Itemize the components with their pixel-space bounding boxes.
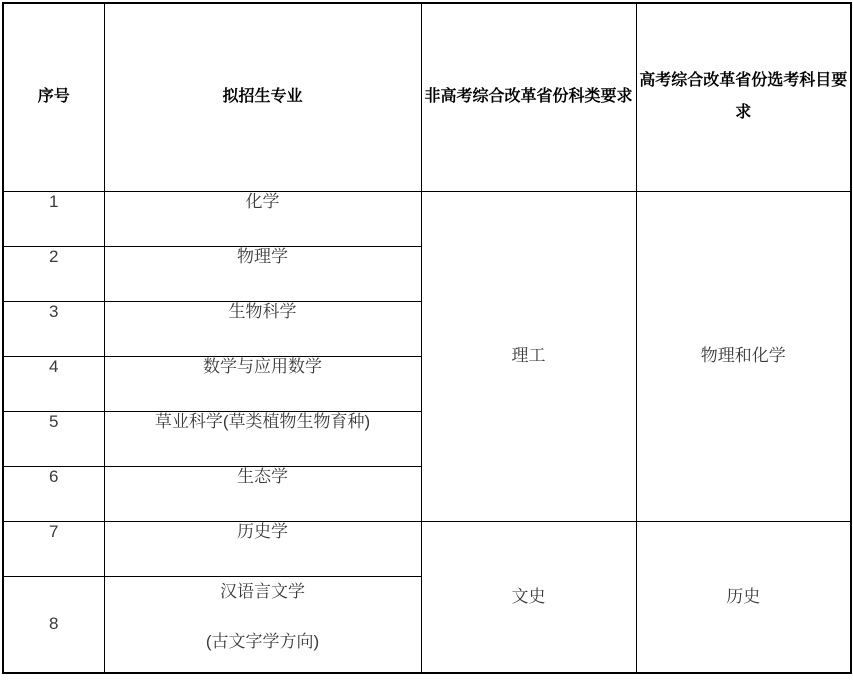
major-cell: 汉语言文学 (古文字学方向) (104, 576, 421, 673)
admission-majors-page: 序号 拟招生专业 非高考综合改革省份科类要求 高考综合改革省份选考科目要求 1 … (0, 0, 853, 685)
serial-cell: 8 (3, 576, 104, 673)
major-cell: 生态学 (104, 466, 421, 521)
header-proposed-majors: 拟招生专业 (104, 3, 421, 191)
table-header-row: 序号 拟招生专业 非高考综合改革省份科类要求 高考综合改革省份选考科目要求 (3, 3, 851, 191)
subjects-liberal-cell: 历史 (636, 521, 851, 673)
major-cell: 数学与应用数学 (104, 356, 421, 411)
serial-cell: 3 (3, 301, 104, 356)
category-science-cell: 理工 (421, 191, 636, 521)
major-cell: 草业科学(草类植物生物育种) (104, 411, 421, 466)
admission-majors-table: 序号 拟招生专业 非高考综合改革省份科类要求 高考综合改革省份选考科目要求 1 … (2, 2, 852, 674)
major-direction-note: (古文字学方向) (106, 627, 420, 657)
serial-cell: 6 (3, 466, 104, 521)
header-serial-number: 序号 (3, 3, 104, 191)
table-row: 7 历史学 文史 历史 (3, 521, 851, 576)
serial-cell: 7 (3, 521, 104, 576)
category-liberal-cell: 文史 (421, 521, 636, 673)
table-row: 1 化学 理工 物理和化学 (3, 191, 851, 246)
subjects-science-cell: 物理和化学 (636, 191, 851, 521)
serial-cell: 2 (3, 246, 104, 301)
major-cell: 化学 (104, 191, 421, 246)
header-reform-subjects: 高考综合改革省份选考科目要求 (636, 3, 851, 191)
header-non-reform-category: 非高考综合改革省份科类要求 (421, 3, 636, 191)
major-cell: 物理学 (104, 246, 421, 301)
major-name: 汉语言文学 (106, 577, 420, 607)
serial-cell: 1 (3, 191, 104, 246)
major-cell: 历史学 (104, 521, 421, 576)
major-cell: 生物科学 (104, 301, 421, 356)
serial-cell: 4 (3, 356, 104, 411)
serial-cell: 5 (3, 411, 104, 466)
